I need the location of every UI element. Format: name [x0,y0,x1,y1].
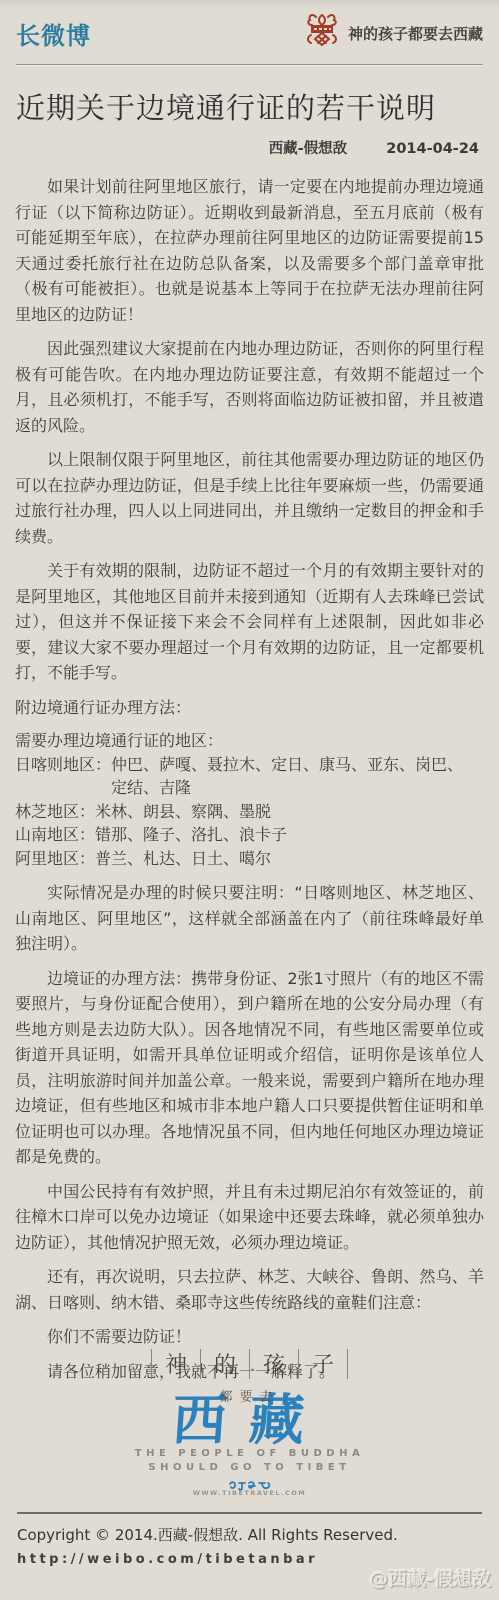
paragraph: 还有，再次说明，只去拉萨、林芝、大峡谷、鲁朗、然乌、羊湖、日喀则、纳木错、桑耶寺… [15,1264,484,1315]
seal-icon [305,12,339,54]
header-divider [16,64,483,66]
paragraph: 以上限制仅限于阿里地区，前往其他需要办理边防证的地区仍可以在拉萨办理边防证，但是… [15,447,484,549]
logo-char: 神 [165,1348,187,1379]
weibo-link[interactable]: http://weibo.com/tibetanbar [17,1552,318,1567]
logo-char: 子 [312,1348,334,1379]
paragraph: 关于有效期的限制，边防证不超过一个月的有效期主要针对的是阿里地区，其他地区目前并… [15,558,484,686]
region-line-shannan: 山南地区：错那、隆子、洛扎、浪卡子 [15,823,484,847]
divider-bar [249,1349,250,1379]
attach-heading: 附边境通行证办理方法： [15,695,484,721]
byline: 西藏-假想敌 2014-04-24 [16,137,479,158]
page-title: 近期关于边境通行证的若干说明 [16,86,483,127]
brand: 神的孩子都要去西藏 [305,12,483,54]
paragraph: 因此强烈建议大家提前在内地办理边防证，否则你的阿里行程极有可能告吹。在内地办理边… [15,336,484,438]
divider-bar [200,1349,201,1379]
divider-bar [347,1349,348,1379]
footer-logo-en-line2: SHOULD GO TO TIBET [0,1462,499,1473]
region-line-nyingchi: 林芝地区：米林、朗县、察隅、墨脱 [15,800,484,824]
region-line-shigatse-cont: 定结、吉隆 [111,776,484,800]
long-weibo-page: 长微博 [0,0,499,1600]
paragraph: 如果计划前往阿里地区旅行，请一定要在内地提前办理边境通行证（以下简称边防证）。近… [15,174,484,327]
divider-bar [298,1349,299,1379]
copyright-text: Copyright © 2014.西藏-假想敌. All Rights Rese… [17,1524,398,1545]
region-list-heading: 需要办理边境通行证的地区： [15,729,484,753]
paragraph: 中国公民持有有效护照，并且有未过期尼泊尔有效签证的，前往樟木口岸可以免办边境证（… [15,1179,484,1256]
footer-brand-logo: 神 的 孩 子 都要去 西藏 THE PEOPLE OF BUDDHA SHOU… [0,1348,499,1379]
footer-logo-url: WWW.TIBETRAVEL.COM [0,1489,499,1497]
paragraph: 你们不需要边防证！ [15,1324,484,1350]
logo-char: 的 [214,1348,236,1379]
publish-date: 2014-04-24 [386,141,479,157]
region-line-ngari: 阿里地区：普兰、札达、日土、噶尔 [15,847,484,871]
permit-region-list: 需要办理边境通行证的地区： 日喀则地区：仲巴、萨嘎、聂拉木、定日、康马、亚东、岗… [15,729,484,870]
paragraph: 实际情况是办理的时候只要注明：“日喀则地区、林芝地区、山南地区、阿里地区”，这样… [15,880,484,957]
article-body: 如果计划前往阿里地区旅行，请一定要在内地提前办理边境通行证（以下简称边防证）。近… [15,174,484,1384]
footer-logo-top-row: 神 的 孩 子 [0,1348,499,1379]
header: 长微博 [0,0,499,54]
footer-divider [17,1512,482,1514]
divider-bar [151,1349,152,1379]
author-name: 西藏-假想敌 [269,141,348,157]
region-line-shigatse: 日喀则地区：仲巴、萨嘎、聂拉木、定日、康马、亚东、岗巴、 [15,753,484,777]
changweibo-logo: 长微博 [16,16,91,51]
logo-char: 孩 [263,1348,285,1379]
footer-logo-mid-text: 都要去 [0,1386,499,1405]
brand-slogan: 神的孩子都要去西藏 [348,23,483,44]
watermark: @西藏-假想敌 [369,1564,491,1591]
paragraph: 边境证的办理方法：携带身份证、2张1寸照片（有的地区不需要照片，与身份证配合使用… [15,966,484,1170]
